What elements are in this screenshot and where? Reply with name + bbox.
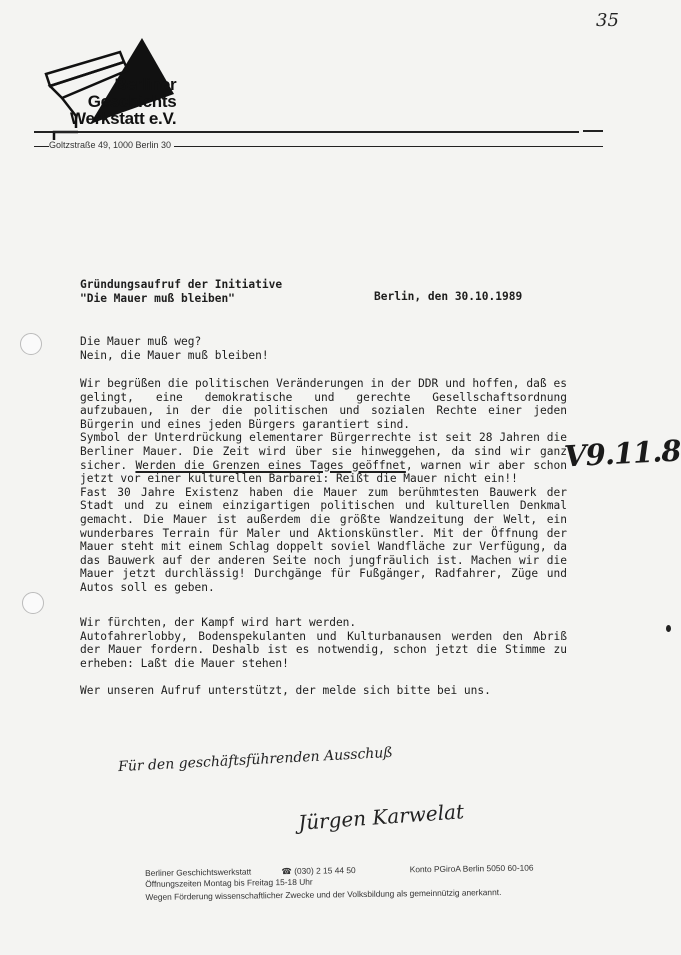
footer-phone-number: (030) 2 15 44 50 <box>294 865 356 876</box>
letterhead-divider <box>34 131 579 133</box>
body-block-3: Wer unseren Aufruf unterstützt, der meld… <box>80 684 567 698</box>
intro-lines: Die Mauer muß weg? Nein, die Mauer muß b… <box>80 335 269 362</box>
paragraph-1: Wir begrüßen die politischen Veränderung… <box>80 377 567 431</box>
intro-question: Die Mauer muß weg? <box>80 335 269 349</box>
letterhead-address: Goltzstraße 49, 1000 Berlin 30 <box>49 140 174 150</box>
letter-page: 35 Berliner Geschichts Werkstatt e.V. Go… <box>0 0 681 955</box>
telephone-icon: ☎ <box>281 866 294 876</box>
letter-footer: Berliner Geschichtswerkstatt ☎ (030) 2 1… <box>145 863 534 903</box>
signature-caption: Für den geschäftsführenden Ausschuß <box>118 745 393 775</box>
ink-spot <box>666 625 671 632</box>
letter-date: Berlin, den 30.10.1989 <box>374 290 522 304</box>
punch-hole <box>22 592 44 614</box>
paragraph-2: Symbol der Unterdrückung elementarer Bür… <box>80 431 567 485</box>
org-name-line-2: Geschichts <box>70 93 176 110</box>
paragraph-4-first: Wir fürchten, der Kampf wird hart werden… <box>80 616 567 630</box>
title-line-2: "Die Mauer muß bleiben" <box>80 292 282 306</box>
organization-name: Berliner Geschichts Werkstatt e.V. <box>70 76 176 127</box>
paragraph-4: Autofahrerlobby, Bodenspekulanten und Ku… <box>80 630 567 671</box>
signature-name: Jürgen Karwelat <box>297 799 464 835</box>
title-line-1: Gründungsaufruf der Initiative <box>80 278 282 292</box>
paragraph-5: Wer unseren Aufruf unterstützt, der meld… <box>80 684 567 698</box>
paragraph-3: Fast 30 Jahre Existenz haben die Mauer z… <box>80 486 567 595</box>
org-name-line-1: Berliner <box>70 76 176 93</box>
intro-answer: Nein, die Mauer muß bleiben! <box>80 349 269 363</box>
underlined-phrase: Werden die Grenzen eines Tages geöffnet <box>135 459 405 472</box>
page-number-annotation: 35 <box>596 10 619 31</box>
handwritten-date-annotation: V9.11.89 <box>563 432 681 473</box>
body-block-1: Wir begrüßen die politischen Veränderung… <box>80 377 567 595</box>
footer-bank-account: Konto PGiroA Berlin 5050 60-106 <box>410 863 534 875</box>
org-name-line-3: Werkstatt e.V. <box>70 110 176 127</box>
letter-title: Gründungsaufruf der Initiative "Die Maue… <box>80 278 282 305</box>
letterhead-divider-end <box>583 130 603 132</box>
footer-phone: ☎ (030) 2 15 44 50 <box>281 864 407 877</box>
body-block-2: Wir fürchten, der Kampf wird hart werden… <box>80 616 567 670</box>
punch-hole <box>20 333 42 355</box>
